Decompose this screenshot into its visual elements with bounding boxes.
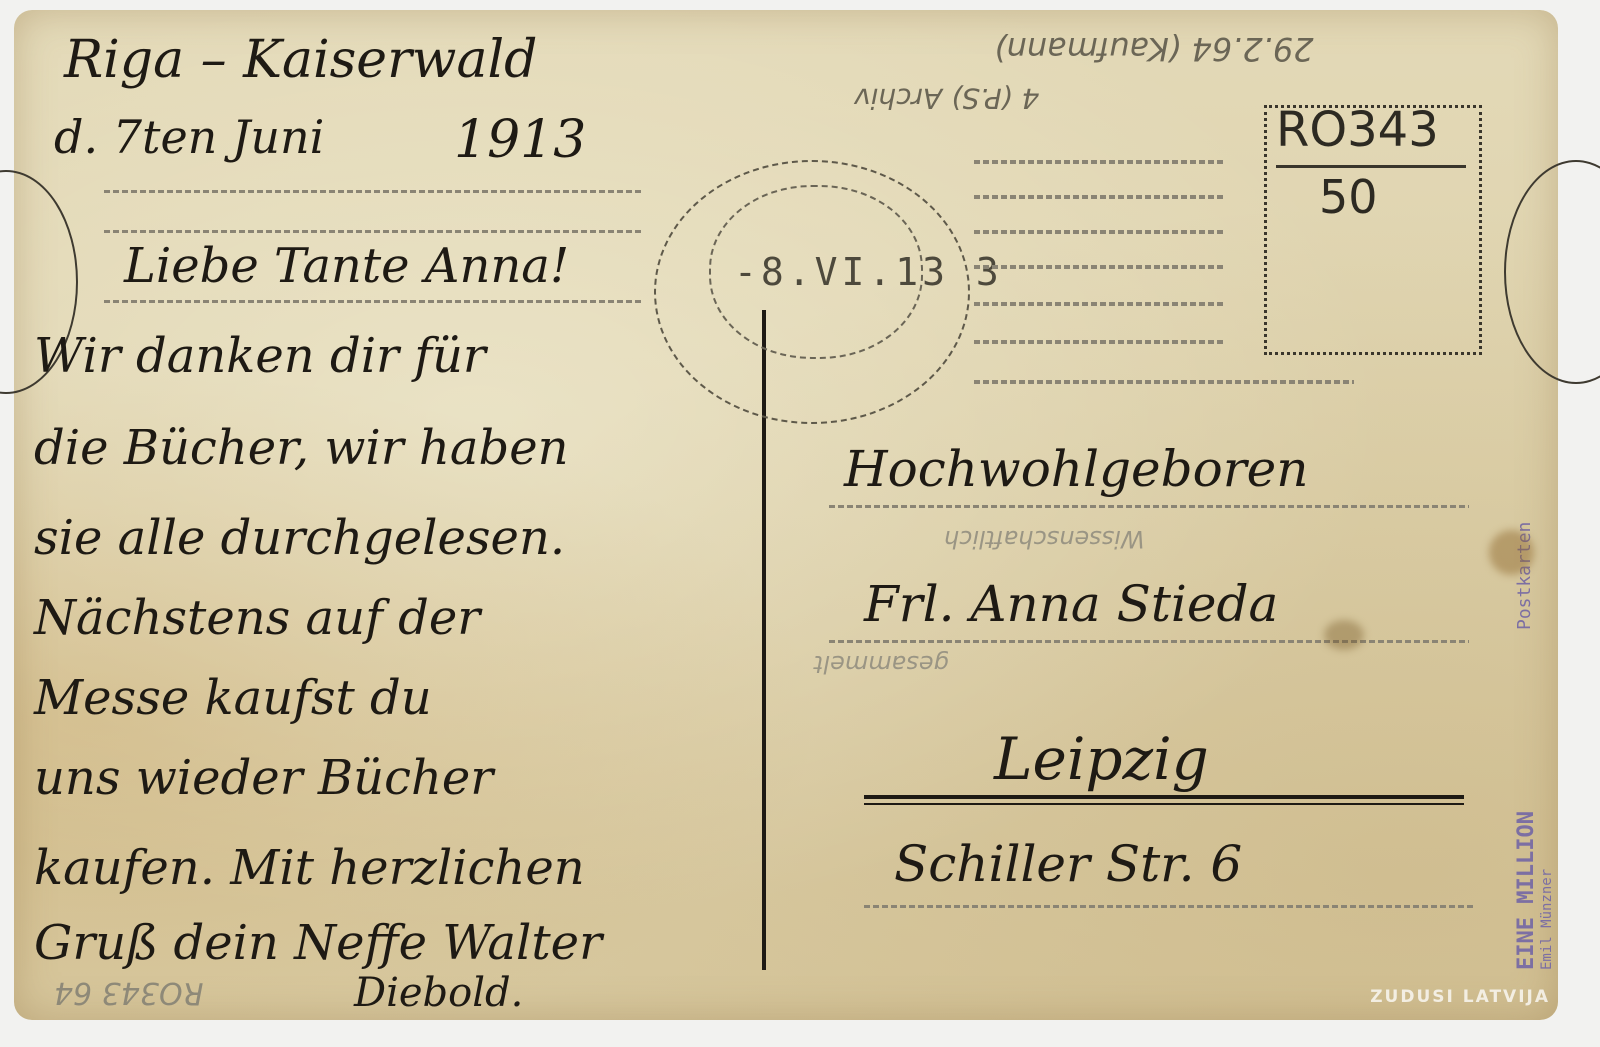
address-name: Frl. Anna Stieda (864, 575, 1278, 633)
postmark-date: -8.VI.13 3 (734, 250, 1003, 294)
message-line: Gruß dein Neffe Walter (34, 915, 602, 971)
date-line: d. 7ten Juni (54, 110, 324, 164)
postcard: Riga – Kaiserwald d. 7ten Juni 1913 Lieb… (14, 10, 1558, 1020)
pencil-note-top: 29.2.64 (Kaufmann) (994, 30, 1314, 68)
publisher-imprint-3: Emil Münzner (1539, 869, 1555, 970)
publisher-imprint: EINE MILLION (1514, 811, 1539, 970)
message-line: Nächstens auf der (34, 590, 480, 646)
stamp-box-code: RO343 (1276, 102, 1439, 158)
message-line: uns wieder Bücher (34, 750, 493, 806)
address-street: Schiller Str. 6 (894, 835, 1242, 893)
watermark: ZUDUSI LATVIJA (1370, 987, 1550, 1007)
message-line: kaufen. Mit herzlichen (34, 840, 585, 896)
pencil-note-middle-2: gesammelt (814, 650, 949, 678)
address-honorific: Hochwohlgeboren (844, 440, 1308, 498)
pencil-note-middle-1: Wissenschaftlich (944, 525, 1145, 553)
message-line: sie alle durchgelesen. (34, 510, 565, 566)
partial-postmark-right (1504, 160, 1600, 384)
message-line: Wir danken dir für (34, 328, 486, 384)
message-line: die Bücher, wir haben (34, 420, 569, 476)
pencil-note-top-2: 4 (P.S) Archiv (854, 82, 1039, 115)
message-salutation: Liebe Tante Anna! (124, 238, 569, 294)
stamp-box-number: 50 (1319, 170, 1378, 224)
pencil-note-bottom: RO343 64 (54, 975, 203, 1010)
message-signature: Diebold. (354, 970, 523, 1016)
address-city: Leipzig (994, 725, 1209, 793)
year: 1913 (454, 110, 586, 170)
message-line: Messe kaufst du (34, 670, 432, 726)
place-heading: Riga – Kaiserwald (64, 30, 537, 90)
